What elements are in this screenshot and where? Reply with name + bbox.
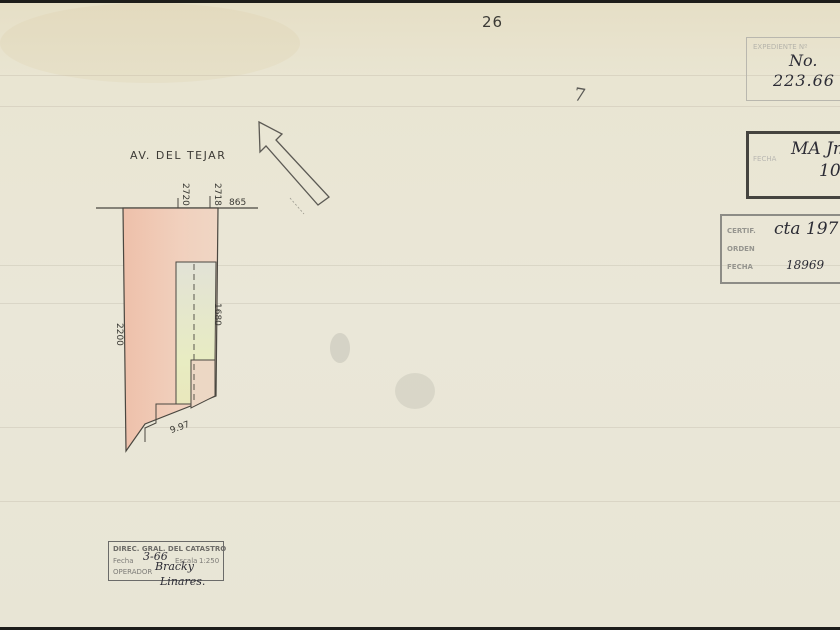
arrow-mark — [290, 198, 304, 214]
stamp-label: FECHA — [753, 154, 776, 164]
stamp-label-orden: ORDEN — [727, 244, 755, 254]
street-label: AV. DEL TEJAR — [130, 149, 226, 162]
signed-stamp: FECHA MA Jm 1086 — [746, 131, 840, 199]
stamp-operador-label: OPERADOR — [113, 567, 152, 577]
rear-room — [191, 360, 215, 408]
stamp-label-fecha: FECHA — [727, 262, 753, 272]
stamp-label-certif: CERTIF. — [727, 226, 756, 236]
stamp-operador-value: Bracky — [155, 562, 194, 572]
stamp-entry-value: cta 1977 — [774, 224, 840, 234]
stamp-handwritten-no: No. — [789, 56, 817, 66]
order-number-stamp: EXPEDIENTE Nº No. 223.66 — [746, 37, 840, 101]
north-arrow-icon — [259, 122, 329, 205]
stamp-signature-number: 1086 — [819, 166, 840, 176]
stamp-escala-value: 1:250 — [199, 556, 219, 566]
stamp-entry-date: 18969 — [786, 260, 824, 270]
scanned-document-page: 26 7 AV. DEL — [0, 3, 840, 627]
stamp-signature: MA Jm — [791, 144, 840, 154]
dimension-left-side: 2200 — [114, 323, 124, 346]
stamp-fecha-label: Fecha — [113, 556, 134, 566]
plot-plan-drawing — [0, 3, 840, 627]
dimension-front-offset: 865 — [229, 198, 246, 208]
dimension-front-right: 2718 — [212, 183, 222, 206]
stamp-order-number: 223.66 — [773, 76, 835, 86]
entry-stamp: CERTIF. ORDEN FECHA cta 1977 18969 — [720, 214, 840, 284]
stamp-title: DIREC. GRAL. DEL CATASTRO — [113, 544, 226, 554]
dimension-front-left: 2720 — [180, 183, 190, 206]
operator-signature: Linares. — [160, 575, 205, 588]
dimension-right-side: 1680 — [212, 303, 222, 326]
